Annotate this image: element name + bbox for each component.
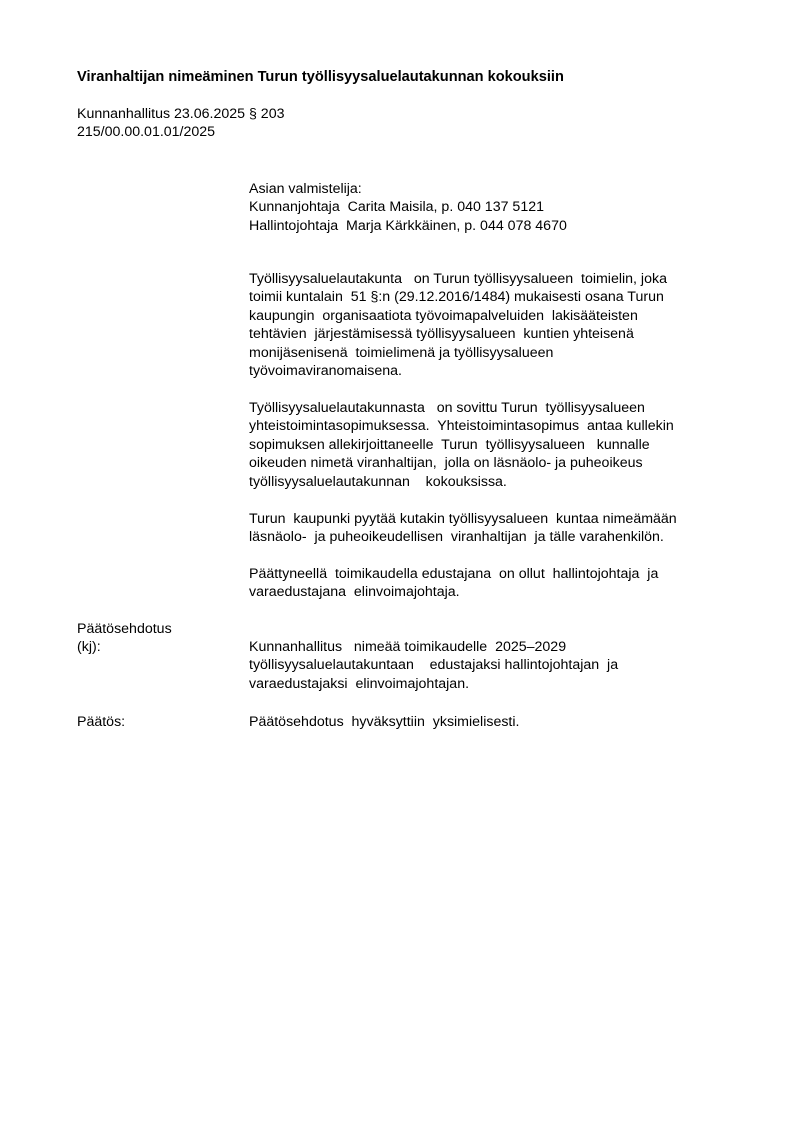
paragraph-line: kaupungin organisaatiota työvoimapalvelu…: [249, 307, 729, 325]
paragraph-line: työvoimaviranomaisena.: [249, 362, 729, 380]
decision-text: Päätösehdotus hyväksyttiin yksimielisest…: [249, 713, 729, 731]
paragraph-4: Päättyneellä toimikaudella edustajana on…: [249, 565, 729, 602]
paragraph-line: Työllisyysaluelautakunta on Turun työlli…: [249, 270, 729, 288]
proposal-text: Kunnanhallitus nimeää toimikaudelle 2025…: [249, 638, 729, 693]
paragraph-line: toimii kuntalain 51 §:n (29.12.2016/1484…: [249, 288, 729, 306]
paragraph-line: sopimuksen allekirjoittaneelle Turun työ…: [249, 436, 729, 454]
paragraph-1: Työllisyysaluelautakunta on Turun työlli…: [249, 270, 729, 380]
paragraph-line: monijäsenisenä toimielimenä ja työllisyy…: [249, 344, 729, 362]
paragraph-line: Päättyneellä toimikaudella edustajana on…: [249, 565, 729, 583]
proposal-label-suffix: (kj):: [77, 638, 101, 656]
preparer-heading: Asian valmistelija:: [249, 180, 729, 198]
proposal-line: Kunnanhallitus nimeää toimikaudelle 2025…: [249, 638, 729, 656]
meeting-reference: Kunnanhallitus 23.06.2025 § 203: [77, 105, 284, 123]
decision-label: Päätös:: [77, 713, 125, 731]
proposal-line: työllisyysaluelautakuntaan edustajaksi h…: [249, 656, 729, 674]
paragraph-line: Työllisyysaluelautakunnasta on sovittu T…: [249, 399, 729, 417]
preparer-line: Kunnanjohtaja Carita Maisila, p. 040 137…: [249, 198, 729, 216]
paragraph-2: Työllisyysaluelautakunnasta on sovittu T…: [249, 399, 729, 491]
case-number: 215/00.00.01.01/2025: [77, 123, 284, 141]
decision-line: Päätösehdotus hyväksyttiin yksimielisest…: [249, 713, 729, 731]
proposal-label: Päätösehdotus: [77, 620, 172, 638]
preparer-block: Asian valmistelija: Kunnanjohtaja Carita…: [249, 180, 729, 235]
preparer-line: Hallintojohtaja Marja Kärkkäinen, p. 044…: [249, 217, 729, 235]
paragraph-line: oikeuden nimetä viranhaltijan, jolla on …: [249, 454, 729, 472]
paragraph-line: työllisyysaluelautakunnan kokouksissa.: [249, 473, 729, 491]
paragraph-line: tehtävien järjestämisessä työllisyysalue…: [249, 325, 729, 343]
paragraph-line: Turun kaupunki pyytää kutakin työllisyys…: [249, 510, 729, 528]
paragraph-line: läsnäolo- ja puheoikeudellisen viranhalt…: [249, 528, 729, 546]
paragraph-3: Turun kaupunki pyytää kutakin työllisyys…: [249, 510, 729, 547]
paragraph-line: varaedustajana elinvoimajohtaja.: [249, 583, 729, 601]
paragraph-line: yhteistoimintasopimuksessa. Yhteistoimin…: [249, 417, 729, 435]
proposal-line: varaedustajaksi elinvoimajohtajan.: [249, 675, 729, 693]
document-title: Viranhaltijan nimeäminen Turun työllisyy…: [77, 68, 564, 86]
meeting-info: Kunnanhallitus 23.06.2025 § 203 215/00.0…: [77, 105, 284, 142]
